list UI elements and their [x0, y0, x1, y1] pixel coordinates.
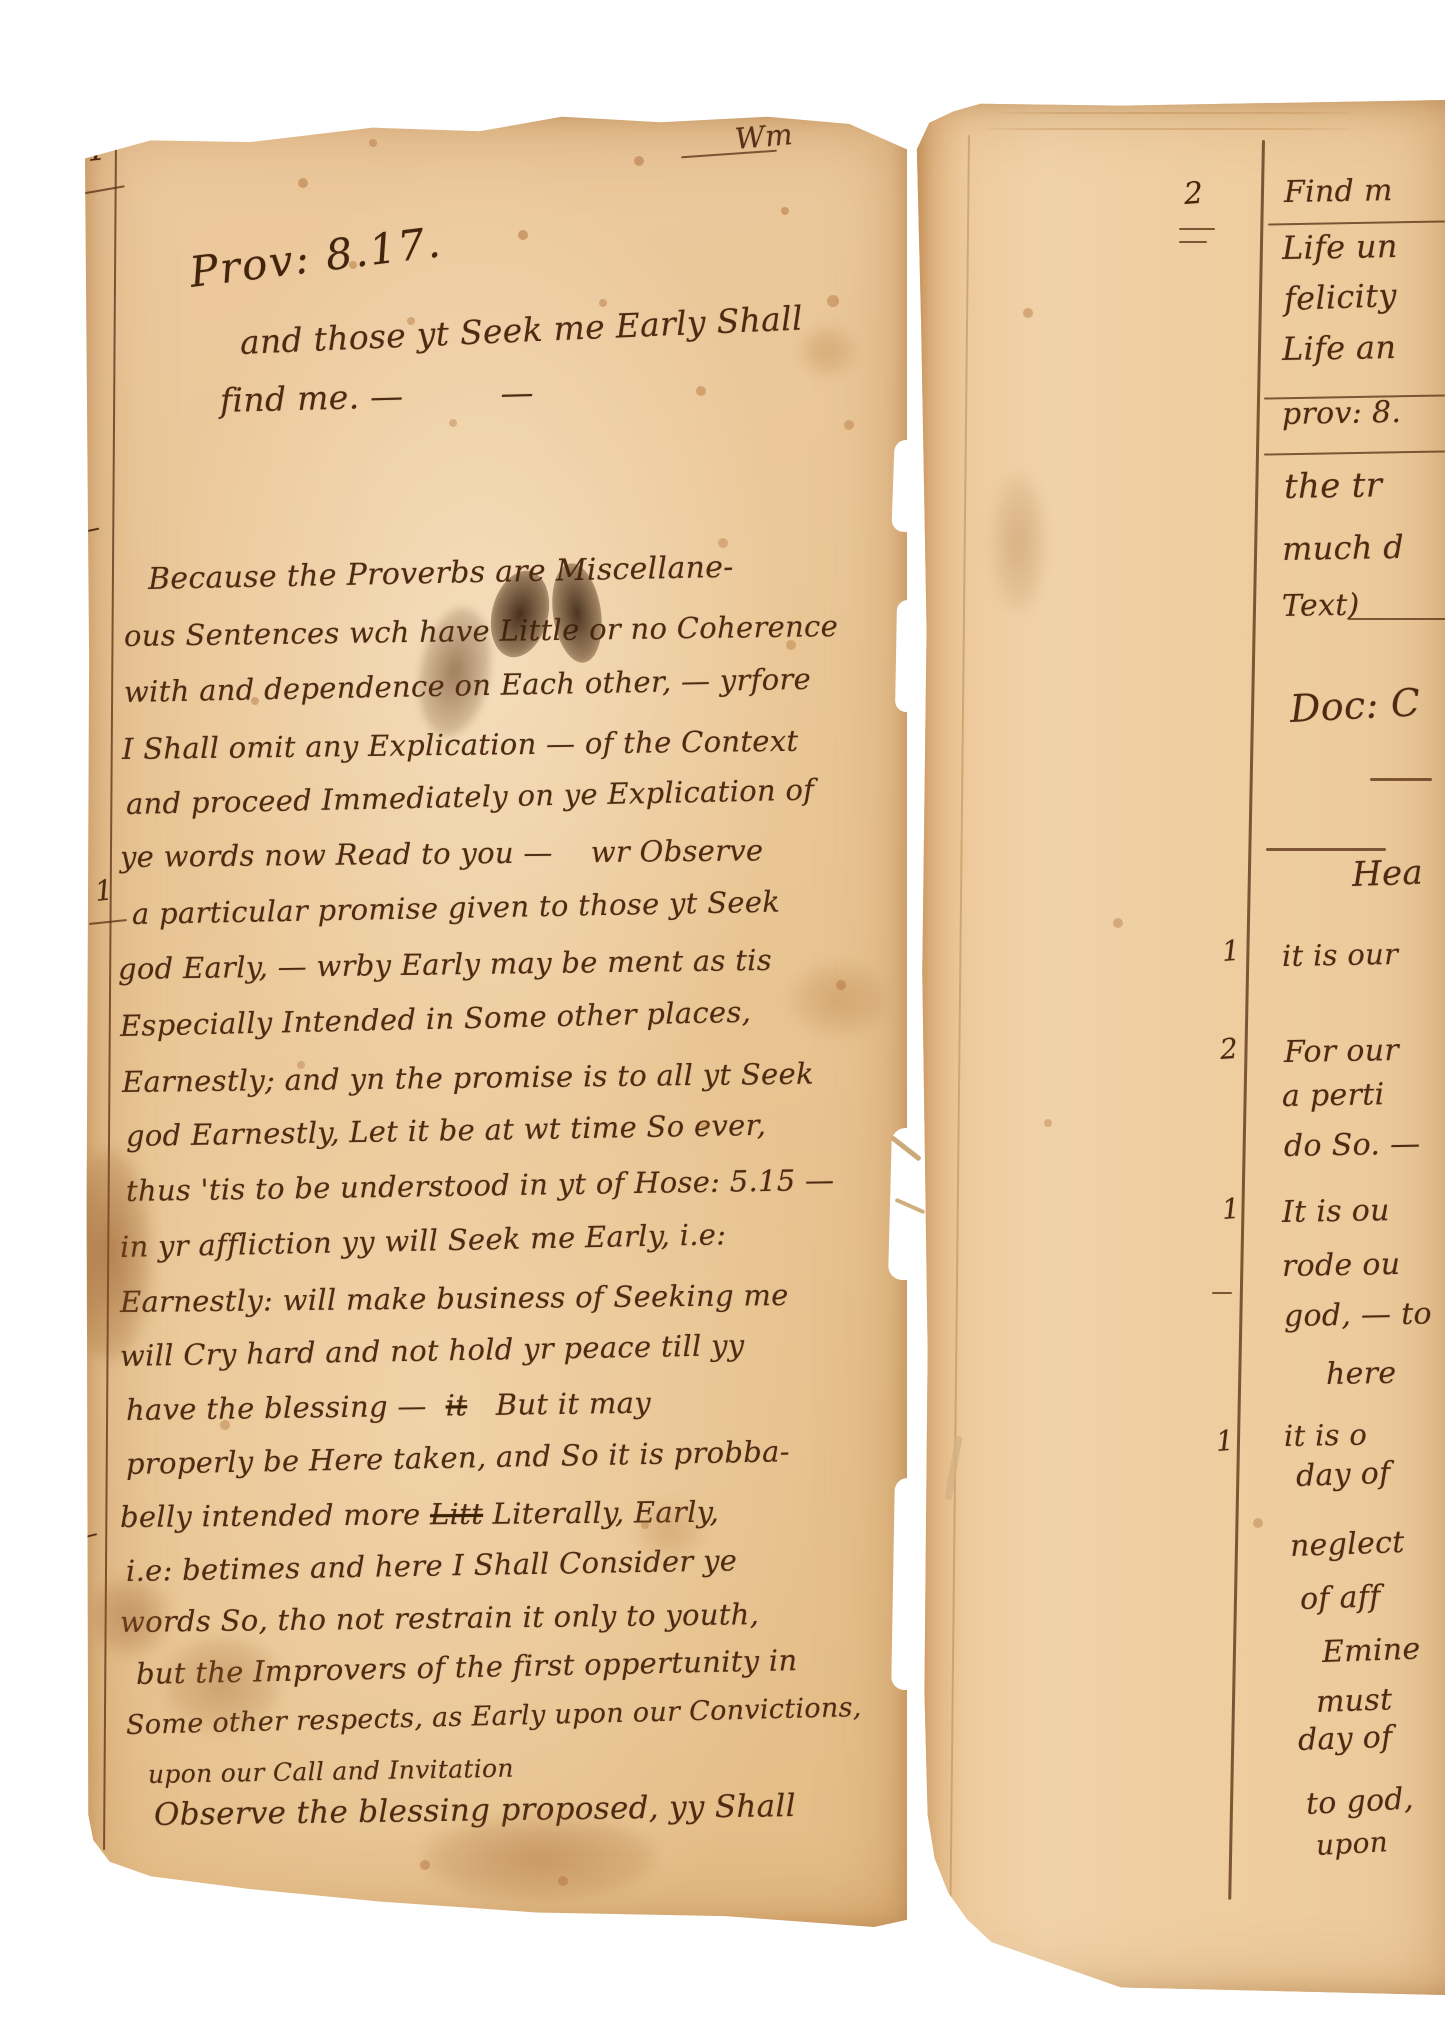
manuscript-text-fragment: a perti [1282, 1080, 1385, 1112]
manuscript-text-fragment: Emine [1321, 1635, 1421, 1668]
margin-mark-underline [89, 919, 127, 925]
manuscript-text-fragment: felicity [1283, 279, 1397, 315]
foxing-spots [85, 115, 91, 121]
stain [993, 475, 1045, 610]
page-number: 2 [1183, 179, 1204, 210]
manuscript-text-line: god Earnestly, Let it be at wt time So e… [126, 1111, 767, 1151]
page-number: 1 [85, 135, 107, 167]
manuscript-text-line: thus 'tis to be understood in yt of Hose… [126, 1166, 835, 1206]
manuscript-text-line: have the blessing — it But it may [126, 1389, 651, 1425]
margin-mark-dash [1212, 1292, 1232, 1294]
scripture-verse-line: and those yt Seek me Early Shall [239, 301, 803, 359]
page-number-underline [1179, 228, 1215, 230]
manuscript-text-line: god Early, — wrby Early may be ment as t… [118, 946, 772, 984]
manuscript-text-fragment: It is ou [1282, 1196, 1390, 1228]
manuscript-text-line: Earnestly; and yn the promise is to all … [122, 1060, 814, 1097]
margin-mark: – [82, 1520, 101, 1548]
manuscript-text-fragment: Find m [1284, 176, 1393, 208]
scripture-heading: Prov: 8.17. [187, 221, 444, 294]
sheet-edge [985, 128, 1350, 130]
struck-word: it [445, 1388, 467, 1422]
manuscript-text-fragment: here [1326, 1359, 1397, 1390]
manuscript-text-line: a particular promise given to those yt S… [132, 888, 781, 929]
manuscript-text-line: but the Improvers of the first oppertuni… [136, 1646, 798, 1689]
manuscript-text-fragment: the tr [1284, 468, 1383, 504]
margin-mark: 1 [1221, 1195, 1241, 1224]
margin-mark: 1 [1221, 937, 1241, 966]
page-number-underline [1179, 241, 1207, 243]
manuscript-text-fragment: must [1315, 1685, 1392, 1718]
manuscript-text-line: Observe the blessing proposed, yy Shall [154, 1791, 796, 1831]
manuscript-photo: 1 –1–2 Wm Prov: 8.17. and those yt Seek … [0, 0, 1445, 2023]
scripture-verse-line: find me. — — [220, 376, 535, 417]
foxing-spots [905, 100, 911, 106]
manuscript-text-fragment: Text) [1282, 591, 1360, 622]
margin-mark: – [84, 515, 102, 543]
manuscript-text-fragment: For our [1284, 1036, 1399, 1068]
manuscript-text-line: i.e: betimes and here I Shall Consider y… [126, 1546, 738, 1586]
manuscript-text-line: with and dependence on Each other, — yrf… [124, 665, 812, 707]
dash-line [1370, 778, 1432, 781]
manuscript-text-line: Some other respects, as Early upon our C… [126, 1694, 862, 1739]
ruled-line [1348, 618, 1445, 620]
manuscript-text-fragment: to god, [1305, 1784, 1414, 1820]
margin-mark: 1 [94, 876, 115, 906]
manuscript-text-fragment: do So. — [1284, 1130, 1421, 1162]
manuscript-text-line: in yr affliction yy will Seek me Early, … [120, 1220, 727, 1262]
sheet-edge [1000, 112, 1350, 114]
manuscript-text-fragment: Life an [1282, 331, 1397, 365]
manuscript-text-fragment: day of [1297, 1723, 1393, 1756]
manuscript-text-line: will Cry hard and not hold yr peace till… [120, 1331, 745, 1371]
manuscript-text-line: ye words now Read to you — wr Observe [120, 836, 764, 872]
manuscript-text-fragment: Life un [1282, 230, 1398, 264]
manuscript-text-line: upon our Call and Invitation [148, 1756, 514, 1787]
manuscript-text-fragment: it is our [1282, 940, 1399, 971]
margin-mark: 2 [1219, 1035, 1239, 1064]
corner-inscription: Wm [734, 120, 794, 154]
stain [791, 963, 886, 1035]
manuscript-text-fragment: Hea [1351, 856, 1423, 892]
manuscript-text-fragment: prov: 8. [1282, 398, 1402, 430]
manuscript-text-fragment: much d [1282, 531, 1404, 565]
manuscript-text-line: Earnestly: will make business of Seeking… [120, 1281, 789, 1317]
struck-word: Litt [430, 1497, 483, 1531]
manuscript-text-fragment: day of [1295, 1459, 1391, 1492]
manuscript-text-line: Because the Proverbs are Miscellane- [148, 553, 734, 595]
manuscript-text-line: I Shall omit any Explication — of the Co… [122, 727, 799, 764]
dash-line [1266, 848, 1386, 851]
ruled-line [1264, 450, 1445, 455]
page-number-underline [81, 185, 125, 195]
stain [800, 327, 855, 375]
manuscript-text-fragment: Doc: C [1289, 683, 1421, 728]
manuscript-text-fragment: it is o [1284, 1421, 1368, 1451]
margin-mark: 2 [84, 1850, 108, 1883]
manuscript-text-line: and proceed Immediately on ye Explicatio… [126, 776, 815, 819]
ruled-line [1268, 220, 1445, 225]
manuscript-text-fragment: neglect [1289, 1528, 1405, 1562]
manuscript-text-line: belly intended more Litt Literally, Earl… [120, 1498, 719, 1532]
right-margin-rule [1228, 140, 1264, 1900]
right-page: 2 1211 Find mLife unfelicityLife anprov:… [905, 100, 1445, 1995]
manuscript-text-fragment: rode ou [1282, 1250, 1401, 1282]
margin-mark: 1 [1215, 1427, 1235, 1456]
manuscript-text-line: ous Sentences wch have Little or no Cohe… [124, 612, 838, 651]
left-margin-rule [103, 138, 117, 1850]
manuscript-text-line: words So, tho not restrain it only to yo… [120, 1600, 760, 1637]
sheet-edge [949, 135, 970, 1925]
manuscript-text-fragment: god, — to [1284, 1299, 1432, 1332]
manuscript-text-line: properly be Here taken, and So it is pro… [126, 1437, 790, 1479]
manuscript-text-line: Especially Intended in Some other places… [120, 998, 752, 1041]
inscription-flourish [681, 150, 777, 159]
manuscript-text-fragment: of aff [1299, 1582, 1381, 1615]
manuscript-text-fragment: upon [1315, 1828, 1388, 1860]
left-page: 1 –1–2 Wm Prov: 8.17. and those yt Seek … [85, 115, 907, 1927]
